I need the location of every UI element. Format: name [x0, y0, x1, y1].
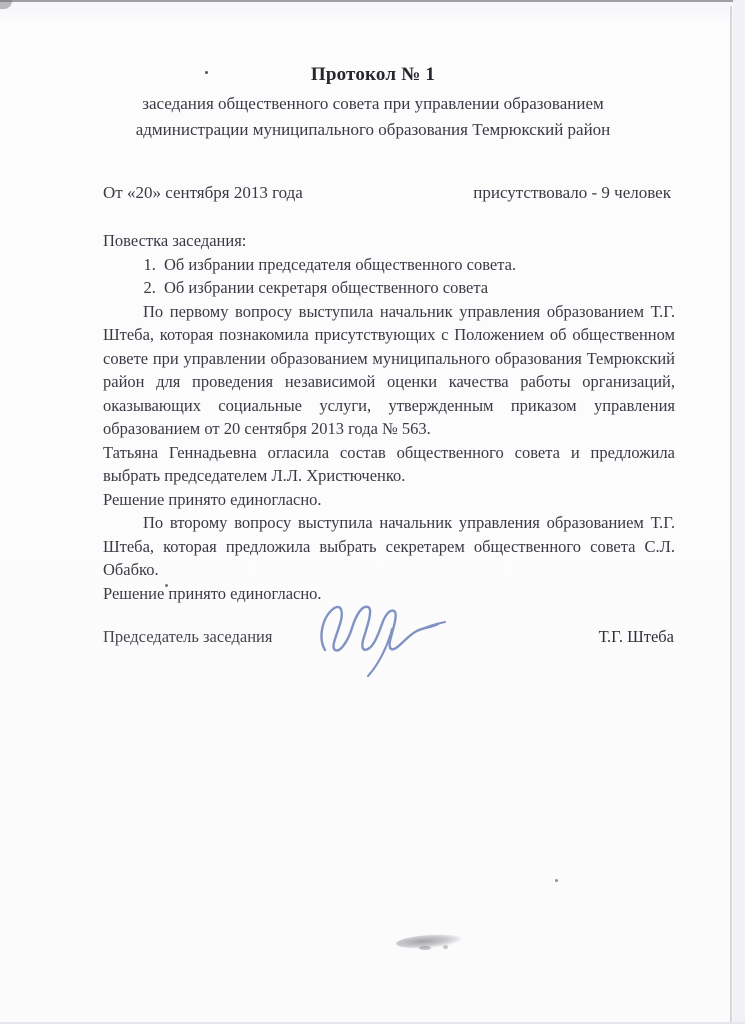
scan-edge-top — [0, 0, 745, 2]
agenda-item-text: Об избрании председателя общественного с… — [164, 255, 516, 274]
paragraph-chairman-proposal: Татьяна Геннадьевна огласила состав обще… — [103, 441, 675, 488]
scan-smudge — [419, 946, 431, 950]
agenda-list: Об избрании председателя общественного с… — [103, 253, 675, 300]
scan-corner-shadow — [0, 0, 12, 9]
attendance-count: присутствовало - 9 человек — [473, 183, 671, 203]
agenda-item: Об избрании секретаря общественного сове… — [160, 276, 675, 300]
document-subtitle: заседания общественного совета при управ… — [88, 91, 658, 142]
paragraph-decision-first: Решение принято единогласно. — [103, 488, 675, 512]
scan-speck — [555, 879, 558, 882]
agenda-item-text: Об избрании секретаря общественного сове… — [164, 278, 488, 297]
document-body: Повестка заседания: Об избрании председа… — [103, 229, 675, 605]
paper-edge-line — [730, 6, 732, 1024]
signatory-name: Т.Г. Штеба — [599, 627, 674, 647]
paper-edge-strip — [733, 0, 745, 1024]
agenda-item: Об избрании председателя общественного с… — [160, 253, 675, 277]
signature-handwriting — [303, 596, 453, 684]
document-title: Протокол № 1 — [88, 64, 658, 86]
scanned-document-page: Протокол № 1 заседания общественного сов… — [0, 0, 745, 1024]
paragraph-second-question: По второму вопросу выступила начальник у… — [103, 511, 675, 582]
document-date: От «20» сентября 2013 года — [103, 183, 303, 203]
scan-smudge — [443, 945, 448, 949]
signature-role-label: Председатель заседания — [103, 627, 272, 647]
meta-row: От «20» сентября 2013 года присутствовал… — [103, 183, 671, 203]
document-subtitle-line1: заседания общественного совета при управ… — [88, 91, 658, 117]
document-subtitle-line2: администрации муниципального образования… — [88, 117, 658, 143]
paragraph-first-question: По первому вопросу выступила начальник у… — [103, 300, 675, 441]
agenda-heading: Повестка заседания: — [103, 229, 675, 253]
